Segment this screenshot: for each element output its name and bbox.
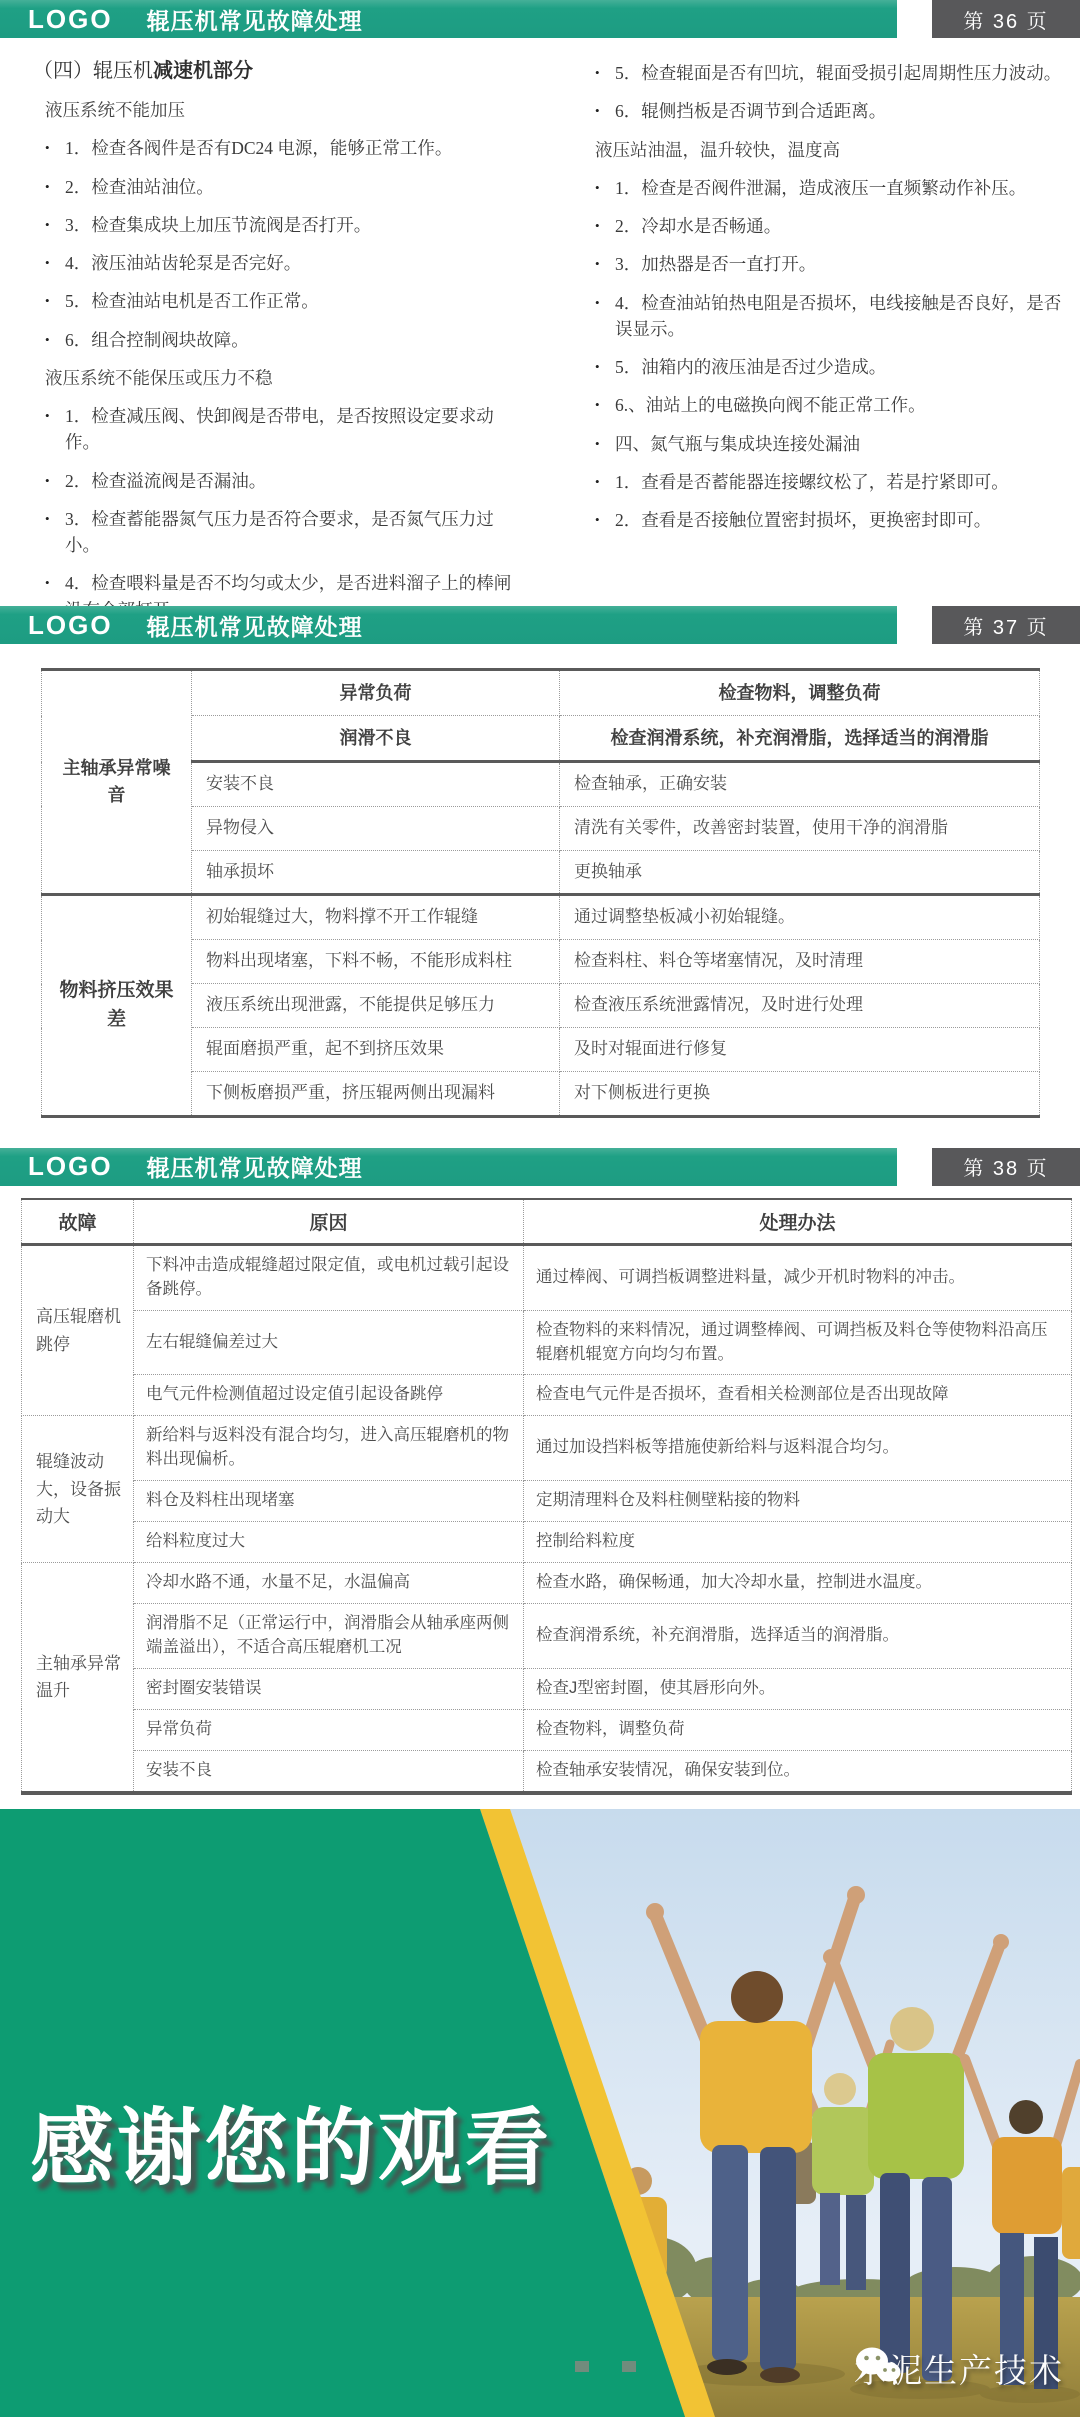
bullet-icon: • xyxy=(595,98,615,124)
list-item: •6．辊侧挡板是否调节到合适距离。 xyxy=(595,98,1066,124)
cause-cell: 润滑不良 xyxy=(192,716,560,762)
pager-dot xyxy=(575,2361,589,2372)
cause-cell: 异常负荷 xyxy=(134,1709,524,1750)
cause-cell: 下料冲击造成辊缝超过限定值，或电机过载引起设备跳停。 xyxy=(134,1244,524,1310)
slide36-left-column: （四）辊压机减速机部分 液压系统不能加压 •1．检查各阀件是否有DC24 电源，… xyxy=(0,54,540,594)
cause-cell: 辊面磨损严重，起不到挤压效果 xyxy=(192,1028,560,1072)
page-number-badge: 第 37 页 xyxy=(932,606,1080,644)
cause-cell: 左右辊缝偏差过大 xyxy=(134,1310,524,1375)
slide38-header: LOGO 辊压机常见故障处理 第 38 页 xyxy=(0,1148,1080,1186)
page-number-badge: 第 36 页 xyxy=(932,0,1080,38)
table-row: 安装不良 检查轴承，正确安装 xyxy=(42,762,1040,807)
header-gap xyxy=(897,1148,932,1186)
section-title-bold: 减速机部分 xyxy=(153,60,253,82)
table-row: 安装不良 检查轴承安装情况，确保安装到位。 xyxy=(22,1750,1072,1792)
cause-cell: 异常负荷 xyxy=(192,670,560,716)
list-item: •6．组合控制阀块故障。 xyxy=(45,327,528,353)
list-item: •6.、油站上的电磁换向阀不能正常工作。 xyxy=(595,392,1066,418)
remedy-cell: 清洗有关零件，改善密封装置，使用干净的润滑脂 xyxy=(560,806,1040,850)
remedy-cell: 检查轴承安装情况，确保安装到位。 xyxy=(524,1750,1072,1792)
cause-cell: 给料粒度过大 xyxy=(134,1522,524,1563)
bullet-icon: • xyxy=(595,392,615,418)
logo-text: LOGO xyxy=(28,1151,113,1182)
cause-cell: 异物侵入 xyxy=(192,806,560,850)
table-row: 异物侵入 清洗有关零件，改善密封装置，使用干净的润滑脂 xyxy=(42,806,1040,850)
column-header: 处理办法 xyxy=(524,1199,1072,1245)
table-row: 料仓及料柱出现堵塞 定期清理料仓及料柱侧壁粘接的物料 xyxy=(22,1481,1072,1522)
list-item: •5．油箱内的液压油是否过少造成。 xyxy=(595,354,1066,380)
remedy-cell: 检查物料，调整负荷 xyxy=(560,670,1040,716)
list-item-heading: •四、氮气瓶与集成块连接处漏油 xyxy=(595,431,1066,457)
fault-group-label: 高压辊磨机跳停 xyxy=(22,1244,134,1416)
bullet-icon: • xyxy=(45,327,65,353)
table-row: 液压系统出现泄露，不能提供足够压力 检查液压系统泄露情况，及时进行处理 xyxy=(42,984,1040,1028)
list-item: •2．检查溢流阀是否漏油。 xyxy=(45,468,528,494)
remedy-cell: 控制给料粒度 xyxy=(524,1522,1072,1563)
section-gap xyxy=(0,1118,1080,1148)
remedy-cell: 检查物料，调整负荷 xyxy=(524,1709,1072,1750)
bullet-icon: • xyxy=(595,290,615,343)
cause-cell: 料仓及料柱出现堵塞 xyxy=(134,1481,524,1522)
remedy-cell: 检查润滑系统，补充润滑脂，选择适当的润滑脂 xyxy=(560,716,1040,762)
table-row: 电气元件检测值超过设定值引起设备跳停 检查电气元件是否损坏，查看相关检测部位是否… xyxy=(22,1375,1072,1416)
table-header-row: 故障 原因 处理办法 xyxy=(22,1199,1072,1245)
list-item: •2．检查油站油位。 xyxy=(45,174,528,200)
remedy-cell: 检查轴承，正确安装 xyxy=(560,762,1040,807)
cause-cell: 电气元件检测值超过设定值引起设备跳停 xyxy=(134,1375,524,1416)
bullet-icon: • xyxy=(595,431,615,457)
table-row: 辊面磨损严重，起不到挤压效果 及时对辊面进行修复 xyxy=(42,1028,1040,1072)
subsection-heading: 液压系统不能加压 xyxy=(45,97,528,123)
column-header: 原因 xyxy=(134,1199,524,1245)
table-row: 高压辊磨机跳停 下料冲击造成辊缝超过限定值，或电机过载引起设备跳停。 通过棒阀、… xyxy=(22,1244,1072,1310)
fault-group-label: 主轴承异常噪音 xyxy=(42,670,192,895)
slide37-header: LOGO 辊压机常见故障处理 第 37 页 xyxy=(0,606,1080,644)
bullet-icon: • xyxy=(595,354,615,380)
list-item: •5．检查辊面是否有凹坑，辊面受损引起周期性压力波动。 xyxy=(595,60,1066,86)
logo-text: LOGO xyxy=(28,610,113,641)
section-title: （四）辊压机减速机部分 xyxy=(33,54,528,83)
slide36-header: LOGO 辊压机常见故障处理 第 36 页 xyxy=(0,0,1080,38)
closing-slide: 感谢您的观看 水泥生产技术 xyxy=(0,1809,1080,2417)
bullet-icon: • xyxy=(45,212,65,238)
bullet-icon: • xyxy=(45,403,65,456)
remedy-cell: 检查电气元件是否损坏，查看相关检测部位是否出现故障 xyxy=(524,1375,1072,1416)
cause-cell: 安装不良 xyxy=(192,762,560,807)
logo-text: LOGO xyxy=(28,4,113,35)
bullet-icon: • xyxy=(595,175,615,201)
table-row: 润滑不良 检查润滑系统，补充润滑脂，选择适当的润滑脂 xyxy=(42,716,1040,762)
remedy-cell: 检查液压系统泄露情况，及时进行处理 xyxy=(560,984,1040,1028)
column-header: 故障 xyxy=(22,1199,134,1245)
list-item: •3．检查集成块上加压节流阀是否打开。 xyxy=(45,212,528,238)
header-gap xyxy=(897,0,932,38)
remedy-cell: 通过调整垫板减小初始辊缝。 xyxy=(560,895,1040,940)
bullet-icon: • xyxy=(45,250,65,276)
slide36-header-bar: LOGO 辊压机常见故障处理 xyxy=(0,0,897,38)
table-row: 物料出现堵塞，下料不畅，不能形成料柱 检查料柱、料仓等堵塞情况，及时清理 xyxy=(42,940,1040,984)
subsection-heading: 液压系统不能保压或压力不稳 xyxy=(45,365,528,391)
fault-group-label: 物料挤压效果差 xyxy=(42,895,192,1116)
thanks-text: 感谢您的观看 xyxy=(30,2081,552,2202)
section-title-prefix: （四）辊压机 xyxy=(33,60,153,82)
table-row: 密封圈安装错误 检查J型密封圈，使其唇形向外。 xyxy=(22,1668,1072,1709)
cause-cell: 初始辊缝过大，物料撑不开工作辊缝 xyxy=(192,895,560,940)
remedy-cell: 检查料柱、料仓等堵塞情况，及时清理 xyxy=(560,940,1040,984)
bullet-icon: • xyxy=(595,251,615,277)
table-row: 主轴承异常噪音 异常负荷 检查物料，调整负荷 xyxy=(42,670,1040,716)
list-item: •1．检查各阀件是否有DC24 电源，能够正常工作。 xyxy=(45,135,528,161)
cause-cell: 润滑脂不足（正常运行中，润滑脂会从轴承座两侧端盖溢出），不适合高压辊磨机工况 xyxy=(134,1603,524,1668)
table-row: 左右辊缝偏差过大 检查物料的来料情况，通过调整棒阀、可调挡板及料仓等使物料沿高压… xyxy=(22,1310,1072,1375)
article-page: LOGO 辊压机常见故障处理 第 36 页 （四）辊压机减速机部分 液压系统不能… xyxy=(0,0,1080,2430)
list-item: •4．检查油站铂热电阻是否损坏，电线接触是否良好，是否误显示。 xyxy=(595,290,1066,343)
remedy-cell: 及时对辊面进行修复 xyxy=(560,1028,1040,1072)
slide-title: 辊压机常见故障处理 xyxy=(147,609,363,642)
remedy-cell: 检查J型密封圈，使其唇形向外。 xyxy=(524,1668,1072,1709)
list-item: •2．查看是否接触位置密封损坏，更换密封即可。 xyxy=(595,507,1066,533)
table-row: 润滑脂不足（正常运行中，润滑脂会从轴承座两侧端盖溢出），不适合高压辊磨机工况 检… xyxy=(22,1603,1072,1668)
slide37-header-bar: LOGO 辊压机常见故障处理 xyxy=(0,606,897,644)
slide-title: 辊压机常见故障处理 xyxy=(147,3,363,36)
header-gap xyxy=(897,606,932,644)
remedy-cell: 检查水路，确保畅通，加大冷却水量，控制进水温度。 xyxy=(524,1563,1072,1604)
brand-footer: 水泥生产技术 xyxy=(854,2345,1064,2392)
bullet-icon: • xyxy=(45,468,65,494)
remedy-cell: 通过加设挡料板等措施使新给料与返料混合均匀。 xyxy=(524,1416,1072,1481)
remedy-cell: 检查物料的来料情况，通过调整棒阀、可调挡板及料仓等使物料沿高压辊磨机辊宽方向均匀… xyxy=(524,1310,1072,1375)
bullet-icon: • xyxy=(45,288,65,314)
remedy-cell: 通过棒阀、可调挡板调整进料量，减少开机时物料的冲击。 xyxy=(524,1244,1072,1310)
fault-group-label: 辊缝波动大，设备振动大 xyxy=(22,1416,134,1563)
list-item: •1．检查是否阀件泄漏，造成液压一直频繁动作补压。 xyxy=(595,175,1066,201)
wechat-icon xyxy=(854,2345,902,2387)
cause-cell: 轴承损坏 xyxy=(192,850,560,895)
table-row: 主轴承异常温升 冷却水路不通，水量不足，水温偏高 检查水路，确保畅通，加大冷却水… xyxy=(22,1563,1072,1604)
fault-table-37: 主轴承异常噪音 异常负荷 检查物料，调整负荷 润滑不良 检查润滑系统，补充润滑脂… xyxy=(41,668,1040,1118)
slide36-body: （四）辊压机减速机部分 液压系统不能加压 •1．检查各阀件是否有DC24 电源，… xyxy=(0,38,1080,594)
bullet-icon: • xyxy=(595,469,615,495)
remedy-cell: 定期清理料仓及料柱侧壁粘接的物料 xyxy=(524,1481,1072,1522)
remedy-cell: 更换轴承 xyxy=(560,850,1040,895)
cause-cell: 新给料与返料没有混合均匀，进入高压辊磨机的物料出现偏析。 xyxy=(134,1416,524,1481)
list-item: •3．检查蓄能器氮气压力是否符合要求，是否氮气压力过小。 xyxy=(45,506,528,559)
table-row: 异常负荷 检查物料，调整负荷 xyxy=(22,1709,1072,1750)
slide-title: 辊压机常见故障处理 xyxy=(147,1150,363,1183)
cause-cell: 安装不良 xyxy=(134,1750,524,1792)
cause-cell: 冷却水路不通，水量不足，水温偏高 xyxy=(134,1563,524,1604)
cause-cell: 下侧板磨损严重，挤压辊两侧出现漏料 xyxy=(192,1072,560,1117)
table-row: 物料挤压效果差 初始辊缝过大，物料撑不开工作辊缝 通过调整垫板减小初始辊缝。 xyxy=(42,895,1040,940)
table-row: 下侧板磨损严重，挤压辊两侧出现漏料 对下侧板进行更换 xyxy=(42,1072,1040,1117)
bullet-icon: • xyxy=(45,506,65,559)
slide36-right-column: •5．检查辊面是否有凹坑，辊面受损引起周期性压力波动。 •6．辊侧挡板是否调节到… xyxy=(540,54,1080,594)
remedy-cell: 对下侧板进行更换 xyxy=(560,1072,1040,1117)
bullet-icon: • xyxy=(45,135,65,161)
bullet-icon: • xyxy=(595,507,615,533)
bullet-icon: • xyxy=(595,60,615,86)
bullet-icon: • xyxy=(45,174,65,200)
table-row: 给料粒度过大 控制给料粒度 xyxy=(22,1522,1072,1563)
list-item: •3．加热器是否一直打开。 xyxy=(595,251,1066,277)
list-item: •5．检查油站电机是否工作正常。 xyxy=(45,288,528,314)
table-row: 轴承损坏 更换轴承 xyxy=(42,850,1040,895)
list-item: •1．检查减压阀、快卸阀是否带电，是否按照设定要求动作。 xyxy=(45,403,528,456)
page-number-badge: 第 38 页 xyxy=(932,1148,1080,1186)
pager-dot xyxy=(622,2361,636,2372)
fault-table-38: 故障 原因 处理办法 高压辊磨机跳停 下料冲击造成辊缝超过限定值，或电机过载引起… xyxy=(21,1198,1072,1795)
subsection-heading: 液压站油温，温升较快，温度高 xyxy=(595,137,1066,163)
cause-cell: 物料出现堵塞，下料不畅，不能形成料柱 xyxy=(192,940,560,984)
cause-cell: 密封圈安装错误 xyxy=(134,1668,524,1709)
cause-cell: 液压系统出现泄露，不能提供足够压力 xyxy=(192,984,560,1028)
bullet-icon: • xyxy=(595,213,615,239)
list-item: •4．液压油站齿轮泵是否完好。 xyxy=(45,250,528,276)
slide38-header-bar: LOGO 辊压机常见故障处理 xyxy=(0,1148,897,1186)
list-item: •1．查看是否蓄能器连接螺纹松了，若是拧紧即可。 xyxy=(595,469,1066,495)
table-row: 辊缝波动大，设备振动大 新给料与返料没有混合均匀，进入高压辊磨机的物料出现偏析。… xyxy=(22,1416,1072,1481)
list-item: •2．冷却水是否畅通。 xyxy=(595,213,1066,239)
remedy-cell: 检查润滑系统，补充润滑脂，选择适当的润滑脂。 xyxy=(524,1603,1072,1668)
fault-group-label: 主轴承异常温升 xyxy=(22,1563,134,1793)
